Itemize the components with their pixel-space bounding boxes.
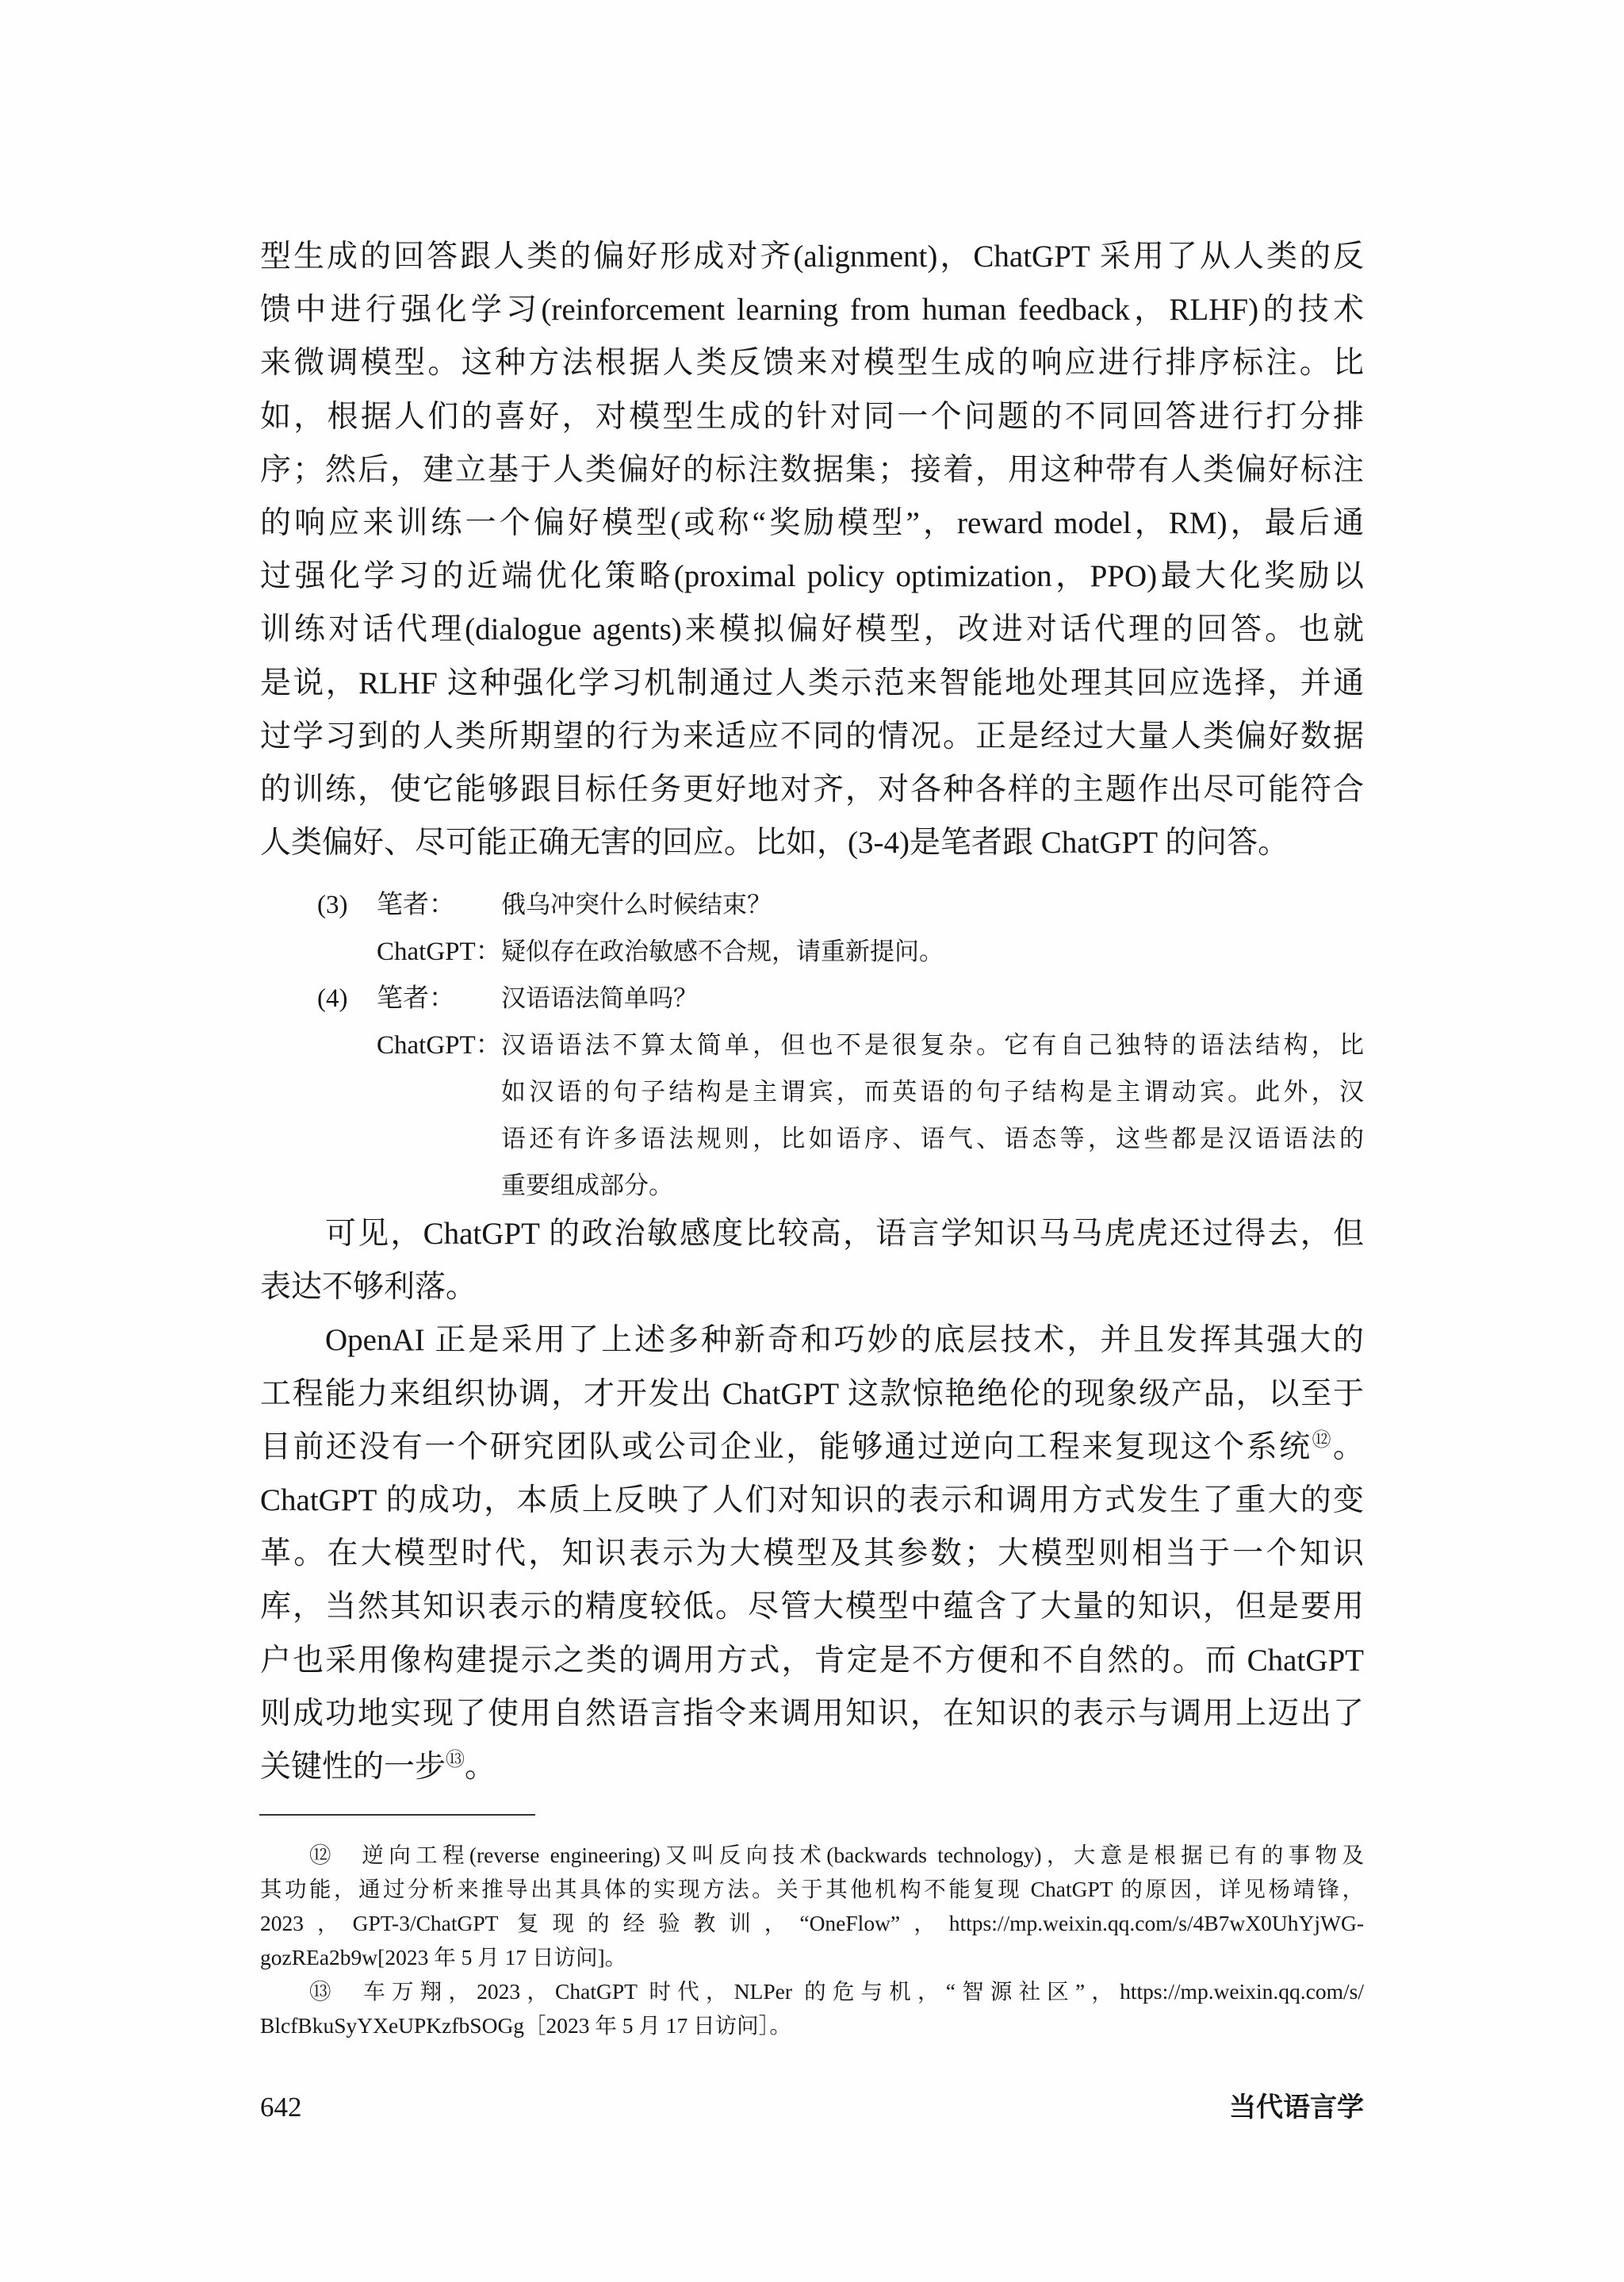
example-row: 重要组成部分。	[317, 1163, 1364, 1210]
text-line: 训练对话代理(dialogue agents)来模拟偏好模型，改进对话代理的回答…	[260, 603, 1364, 656]
example-number-spacer	[317, 929, 377, 976]
footnote-line: gozREa2b9w[2023 年 5 月 17 日访问]。	[260, 1940, 1364, 1974]
page-number: 642	[260, 2088, 302, 2127]
text-line: 革。在大模型时代，知识表示为大模型及其参数；大模型则相当于一个知识	[260, 1527, 1364, 1580]
text-line: ChatGPT 的成功，本质上反映了人们对知识的表示和调用方式发生了重大的变	[260, 1474, 1364, 1527]
footnote-mark: ⑫	[309, 1838, 357, 1872]
footnote-line: BlcfBkuSyYXeUPKzfbSOGg［2023 年 5 月 17 日访问…	[260, 2008, 1364, 2042]
footnote-13: ⑬车万翔，2023，ChatGPT 时代，NLPer 的危与机，“智源社区”，h…	[260, 1974, 1364, 2042]
paragraph-evaluation: 可见，ChatGPT 的政治敏感度比较高，语言学知识马马虎虎还过得去，但 表达不…	[260, 1207, 1364, 1314]
page-footer: 642 当代语言学	[260, 2088, 1364, 2127]
footnote-ref-12[interactable]: ⑫	[1312, 1430, 1333, 1451]
speaker-label-chatgpt: ChatGPT：	[377, 929, 501, 976]
footnotes: ⑫逆向工程(reverse engineering)又叫反向技术(backwar…	[260, 1838, 1364, 2042]
example-number: (3)	[317, 882, 377, 929]
speaker-label-author: 笔者：	[377, 976, 501, 1022]
text-line: 的训练，使它能够跟目标任务更好地对齐，对各种各样的主题作出尽可能符合	[260, 763, 1364, 816]
example-row: (4) 笔者： 汉语语法简单吗？	[317, 976, 1364, 1022]
footnote-text: 逆向工程(reverse engineering)又叫反向技术(backward…	[357, 1843, 1364, 1867]
journal-title: 当代语言学	[1229, 2088, 1364, 2127]
example-utterance: 疑似存在政治敏感不合规，请重新提问。	[501, 929, 1364, 976]
text-line-content: 关键性的一步	[260, 1750, 446, 1784]
text-line: 是说，RLHF 这种强化学习机制通过人类示范来智能地处理其回应选择，并通	[260, 657, 1364, 710]
text-line: 来微调模型。这种方法根据人类反馈来对模型生成的响应进行排序标注。比	[260, 336, 1364, 389]
text-line: 库，当然其知识表示的精度较低。尽管大模型中蕴含了大量的知识，但是要用	[260, 1580, 1364, 1633]
example-utterance: 如汉语的句子结构是主谓宾，而英语的句子结构是主谓动宾。此外，汉	[501, 1069, 1364, 1116]
example-number-spacer	[317, 1069, 377, 1116]
text-line: 如，根据人们的喜好，对模型生成的针对同一个问题的不同回答进行打分排	[260, 390, 1364, 443]
punctuation: 。	[465, 1750, 496, 1784]
text-line: 表达不够利落。	[260, 1260, 1364, 1314]
text-line: 过强化学习的近端优化策略(proximal policy optimizatio…	[260, 550, 1364, 603]
text-line: 目前还没有一个研究团队或公司企业，能够通过逆向工程来复现这个系统⑫。	[260, 1421, 1364, 1474]
text-line: 户也采用像构建提示之类的调用方式，肯定是不方便和不自然的。而 ChatGPT	[260, 1634, 1364, 1687]
footnote-text[interactable]: 车万翔，2023，ChatGPT 时代，NLPer 的危与机，“智源社区”，ht…	[357, 1979, 1364, 2004]
example-row: (3) 笔者： 俄乌冲突什么时候结束？	[317, 882, 1364, 929]
text-line: 型生成的回答跟人类的偏好形成对齐(alignment)，ChatGPT 采用了从…	[260, 230, 1364, 283]
example-utterance: 语还有许多语法规则，比如语序、语气、语态等，这些都是汉语语法的	[501, 1116, 1364, 1163]
text-line: 工程能力来组织协调，才开发出 ChatGPT 这款惊艳绝伦的现象级产品，以至于	[260, 1367, 1364, 1421]
example-row: 如汉语的句子结构是主谓宾，而英语的句子结构是主谓动宾。此外，汉	[317, 1069, 1364, 1116]
body-text-continued: 可见，ChatGPT 的政治敏感度比较高，语言学知识马马虎虎还过得去，但 表达不…	[260, 1207, 1364, 1793]
speaker-label-spacer	[377, 1116, 501, 1163]
example-number-spacer	[317, 1116, 377, 1163]
footnote-divider	[259, 1814, 535, 1816]
speaker-label-spacer	[377, 1069, 501, 1116]
example-number-spacer	[317, 1163, 377, 1210]
example-4: (4) 笔者： 汉语语法简单吗？ ChatGPT： 汉语语法不算太简单，但也不是…	[317, 976, 1364, 1210]
body-text: 型生成的回答跟人类的偏好形成对齐(alignment)，ChatGPT 采用了从…	[260, 230, 1364, 869]
paragraph-rlhf: 型生成的回答跟人类的偏好形成对齐(alignment)，ChatGPT 采用了从…	[260, 230, 1364, 869]
punctuation: 。	[1333, 1430, 1364, 1464]
examples-block: (3) 笔者： 俄乌冲突什么时候结束？ ChatGPT： 疑似存在政治敏感不合规…	[317, 882, 1364, 1210]
example-row: ChatGPT： 疑似存在政治敏感不合规，请重新提问。	[317, 929, 1364, 976]
text-line: 则成功地实现了使用自然语言指令来调用知识，在知识的表示与调用上迈出了	[260, 1687, 1364, 1740]
text-line: 可见，ChatGPT 的政治敏感度比较高，语言学知识马马虎虎还过得去，但	[260, 1207, 1364, 1260]
text-line: 的响应来训练一个偏好模型(或称“奖励模型”，reward model，RM)，最…	[260, 497, 1364, 550]
example-utterance: 汉语语法简单吗？	[501, 976, 1364, 1022]
text-line: 人类偏好、尽可能正确无害的回应。比如，(3-4)是笔者跟 ChatGPT 的问答…	[260, 816, 1364, 869]
text-line: 馈中进行强化学习(reinforcement learning from hum…	[260, 283, 1364, 336]
text-line: 关键性的一步⑬。	[260, 1740, 1364, 1793]
example-3: (3) 笔者： 俄乌冲突什么时候结束？ ChatGPT： 疑似存在政治敏感不合规…	[317, 882, 1364, 976]
example-utterance: 俄乌冲突什么时候结束？	[501, 882, 1364, 929]
footnote-line: 其功能，通过分析来推导出其具体的实现方法。关于其他机构不能复现 ChatGPT …	[260, 1872, 1364, 1906]
footnote-12: ⑫逆向工程(reverse engineering)又叫反向技术(backwar…	[260, 1838, 1364, 1974]
speaker-label-chatgpt: ChatGPT：	[377, 1022, 501, 1069]
text-line-content: 目前还没有一个研究团队或公司企业，能够通过逆向工程来复现这个系统	[260, 1430, 1312, 1464]
footnote-line: ⑬车万翔，2023，ChatGPT 时代，NLPer 的危与机，“智源社区”，h…	[260, 1974, 1364, 2008]
example-number: (4)	[317, 976, 377, 1022]
footnote-mark: ⑬	[309, 1974, 357, 2008]
text-line: OpenAI 正是采用了上述多种新奇和巧妙的底层技术，并且发挥其强大的	[260, 1314, 1364, 1367]
footnote-ref-13[interactable]: ⑬	[446, 1750, 465, 1770]
example-row: ChatGPT： 汉语语法不算太简单，但也不是很复杂。它有自己独特的语法结构，比	[317, 1022, 1364, 1069]
example-number-spacer	[317, 1022, 377, 1069]
example-utterance: 汉语语法不算太简单，但也不是很复杂。它有自己独特的语法结构，比	[501, 1022, 1364, 1069]
text-line: 过学习到的人类所期望的行为来适应不同的情况。正是经过大量人类偏好数据	[260, 710, 1364, 763]
text-line: 序；然后，建立基于人类偏好的标注数据集；接着，用这种带有人类偏好标注	[260, 443, 1364, 497]
example-utterance: 重要组成部分。	[501, 1163, 1364, 1210]
footnote-line[interactable]: 2023，GPT-3/ChatGPT 复现的经验教训，“OneFlow”，htt…	[260, 1906, 1364, 1940]
speaker-label-spacer	[377, 1163, 501, 1210]
example-row: 语还有许多语法规则，比如语序、语气、语态等，这些都是汉语语法的	[317, 1116, 1364, 1163]
speaker-label-author: 笔者：	[377, 882, 501, 929]
paragraph-openai: OpenAI 正是采用了上述多种新奇和巧妙的底层技术，并且发挥其强大的 工程能力…	[260, 1314, 1364, 1793]
footnote-line: ⑫逆向工程(reverse engineering)又叫反向技术(backwar…	[260, 1838, 1364, 1872]
document-page: 型生成的回答跟人类的偏好形成对齐(alignment)，ChatGPT 采用了从…	[0, 0, 1624, 2282]
